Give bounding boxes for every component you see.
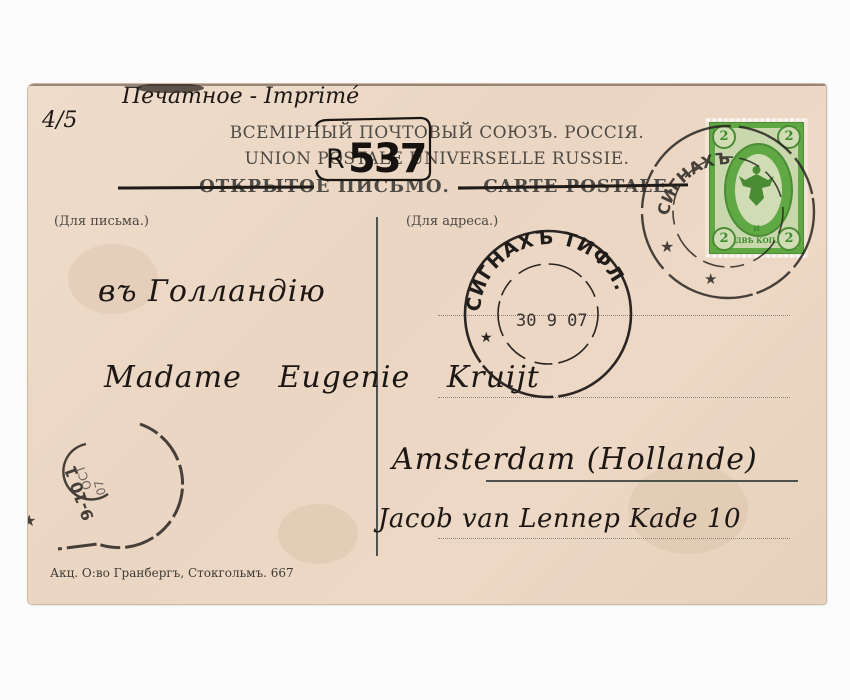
cancel-town-text: СИГНАХЪ — [654, 149, 731, 217]
registration-label: R 537 — [316, 118, 430, 182]
svg-text:СИГНАХЪ: СИГНАХЪ — [654, 149, 731, 217]
svg-text:★: ★ — [28, 511, 36, 530]
origin-date-text: 30 9 07 — [516, 311, 588, 331]
svg-text:★: ★ — [704, 270, 717, 288]
postmarks-overlay: R 537 СИГНАХЪ ★ ★ СИГНАХЪ ТИФЛ. 30 9 07 … — [28, 84, 826, 604]
origin-postmark: СИГНАХЪ ТИФЛ. 30 9 07 ★ — [463, 227, 633, 397]
arrival-postmark: ★ OCT 07 9-10 1 — [28, 424, 183, 549]
origin-town-text: СИГНАХЪ ТИФЛ. — [463, 227, 633, 313]
svg-text:★: ★ — [480, 330, 493, 346]
arrival-year-text: 07 — [91, 478, 108, 496]
registration-number: 537 — [348, 136, 426, 182]
stamp-cancel-postmark: СИГНАХЪ ★ ★ — [642, 126, 814, 298]
postcard: ВСЕМІРНЫЙ ПОЧТОВЫЙ СОЮЗЪ. РОССІЯ. UNION … — [28, 84, 826, 604]
registration-prefix: R — [326, 144, 345, 175]
ink-blot — [136, 84, 204, 93]
arrival-date-text: 9-10 1 — [60, 463, 97, 523]
svg-text:★: ★ — [660, 237, 674, 256]
svg-text:СИГНАХЪ ТИФЛ.: СИГНАХЪ ТИФЛ. — [463, 227, 633, 313]
